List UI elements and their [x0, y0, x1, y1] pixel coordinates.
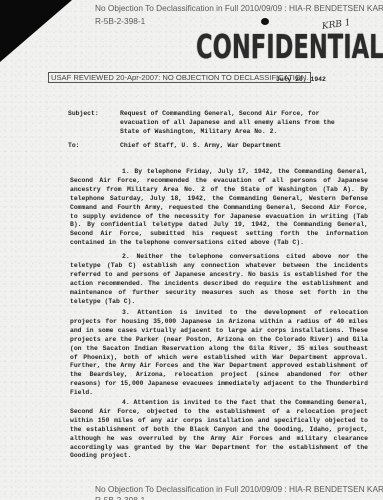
punch-hole — [261, 18, 269, 25]
paragraph-1: 1. By telephone Friday, July 17, 1942, t… — [70, 168, 368, 248]
subject-label: Subject: — [68, 110, 99, 119]
declassification-ref-top: R-5B-2-398-1 — [95, 16, 145, 26]
confidential-stamp: CONFIDENTIAL — [196, 27, 383, 66]
memo-date: July 20, 1942 — [276, 76, 326, 85]
paragraph-4-text: 4. Attention is invited to the fact that… — [70, 399, 368, 459]
declassification-line-bottom: No Objection To Declassification in Full… — [95, 484, 383, 494]
paragraph-2: 2. Neither the telephone conversations c… — [70, 253, 368, 306]
scan-black-corner — [0, 0, 72, 62]
paragraph-2-text: 2. Neither the telephone conversations c… — [70, 253, 368, 305]
declassification-ref-bottom: R-5B-2-398-1 — [95, 495, 145, 500]
subject-text: Request of Commanding General, Second Ai… — [120, 110, 350, 137]
to-label: To: — [68, 142, 80, 151]
paragraph-4: 4. Attention is invited to the fact that… — [70, 399, 368, 461]
usaf-review-stamp: USAF REVIEWED 20-Apr-2007: NO OBJECTION … — [48, 72, 311, 83]
paragraph-3-text: 3. Attention is invited to the developme… — [70, 309, 368, 396]
to-text: Chief of Staff, U. S. Army, War Departme… — [120, 142, 350, 151]
declassification-line-top: No Objection To Declassification in Full… — [95, 3, 383, 13]
paragraph-1-text: 1. By telephone Friday, July 17, 1942, t… — [70, 168, 368, 246]
paragraph-3: 3. Attention is invited to the developme… — [70, 309, 368, 398]
